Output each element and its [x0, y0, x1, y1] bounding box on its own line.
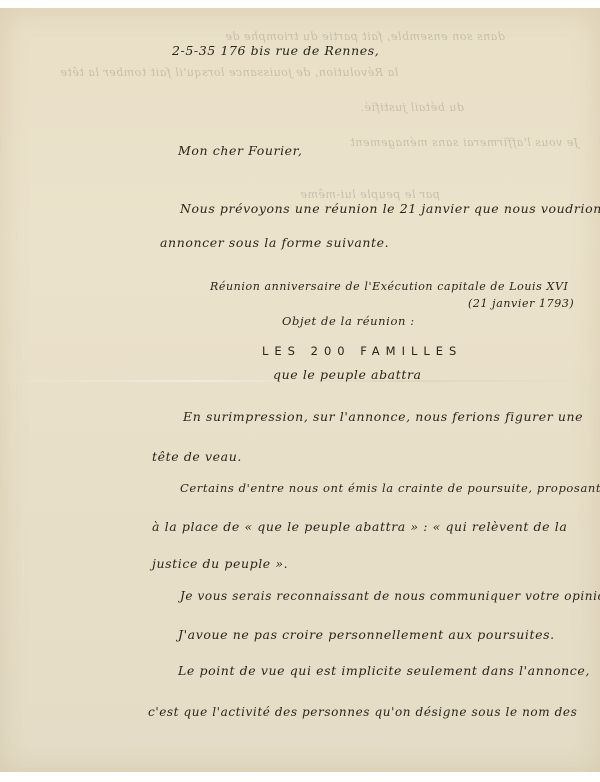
bleed-through-line: dans son ensemble, fait partie du triomp… — [225, 30, 505, 43]
letter-address: 176 bis rue de Rennes, — [220, 43, 379, 58]
body-line: annoncer sous la forme suivante. — [160, 235, 389, 250]
paragraph-line: à la place de « que le peuple abattra » … — [152, 519, 567, 534]
paragraph-line: c'est que l'activité des personnes qu'on… — [148, 705, 577, 719]
bleed-through-line: du bétail justifié. — [360, 101, 464, 114]
announcement-title: LES 200 FAMILLES — [262, 344, 462, 358]
announcement-subtitle: que le peuple abattra — [273, 367, 422, 382]
paragraph-line: Certains d'entre nous ont émis la craint… — [180, 481, 600, 495]
announcement-date: (21 janvier 1793) — [468, 297, 574, 310]
letter-page: dans son ensemble, fait partie du triomp… — [0, 8, 600, 772]
paragraph-line: J'avoue ne pas croire personnellement au… — [178, 627, 555, 642]
bleed-through-line: Je vous l'affirmerai sans ménagement — [350, 136, 578, 149]
announcement-object: Objet de la réunion : — [282, 314, 415, 328]
salutation: Mon cher Fourier, — [178, 143, 302, 158]
paragraph-line: Le point de vue qui est implicite seulem… — [178, 663, 590, 678]
paragraph-line: Je vous serais reconnaissant de nous com… — [180, 589, 600, 603]
body-line: Nous prévoyons une réunion le 21 janvier… — [180, 201, 600, 216]
letter-date: 2-5-35 — [172, 43, 216, 58]
bleed-through-line: par le peuple lui-même — [300, 188, 440, 201]
paragraph-line: tête de veau. — [152, 449, 242, 464]
bleed-through-line: la Révolution, de jouissance lorsqu'il f… — [60, 66, 398, 79]
announcement-line: Réunion anniversaire de l'Exécution capi… — [210, 280, 568, 293]
letter-header: 2-5-35 176 bis rue de Rennes, — [172, 43, 379, 58]
paragraph-line: justice du peuple ». — [152, 556, 288, 571]
paragraph-line: En surimpression, sur l'annonce, nous fe… — [183, 409, 583, 424]
